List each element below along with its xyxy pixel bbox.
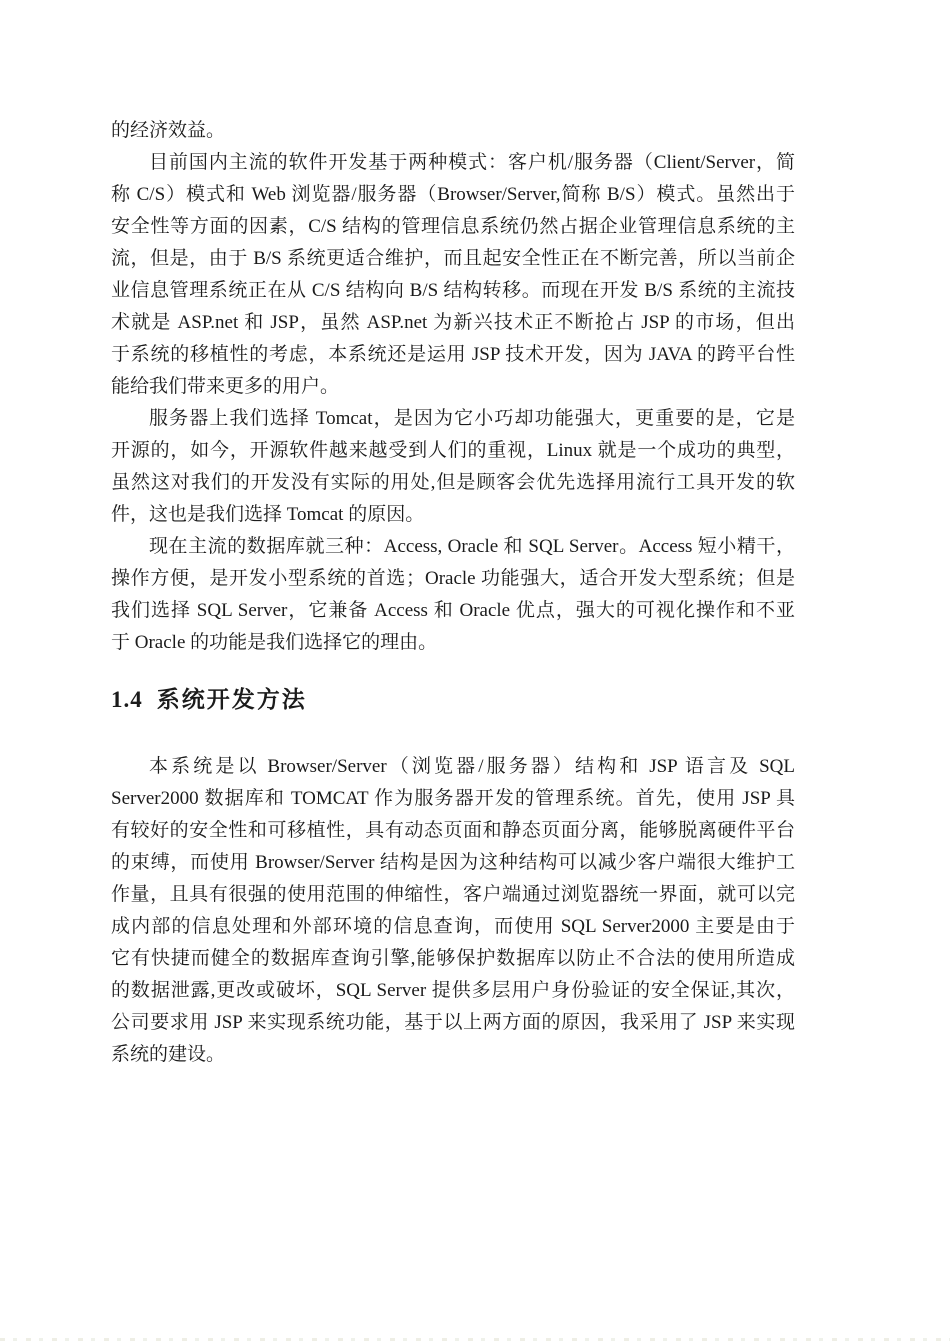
text-line: 术就是 ASP.net 和 JSP，虽然 ASP.net 为新兴技术正不断抢占 … bbox=[111, 307, 795, 339]
text-line: 公司要求用 JSP 来实现系统功能，基于以上两方面的原因，我采用了 JSP 来实… bbox=[111, 1007, 795, 1039]
text-line: 操作方便，是开发小型系统的首选；Oracle 功能强大，适合开发大型系统；但是 bbox=[111, 563, 795, 595]
text-line: Server2000 数据库和 TOMCAT 作为服务器开发的管理系统。首先，使… bbox=[111, 783, 795, 815]
section-title: 系统开发方法 bbox=[157, 686, 307, 712]
paragraph: 服务器上我们选择 Tomcat，是因为它小巧却功能强大，更重要的是，它是开源的，… bbox=[111, 403, 795, 531]
text-line: 业信息管理系统正在从 C/S 结构向 B/S 结构转移。而现在开发 B/S 系统… bbox=[111, 275, 795, 307]
text-line: 于 Oracle 的功能是我们选择它的理由。 bbox=[111, 627, 795, 659]
text-line: 目前国内主流的软件开发基于两种模式：客户机/服务器（Client/Server，… bbox=[111, 147, 795, 179]
section-heading: 1.4系统开发方法 bbox=[111, 683, 795, 715]
text-line: 件，这也是我们选择 Tomcat 的原因。 bbox=[111, 499, 795, 531]
paragraph: 目前国内主流的软件开发基于两种模式：客户机/服务器（Client/Server，… bbox=[111, 147, 795, 403]
text-line: 系统的建设。 bbox=[111, 1039, 795, 1071]
text-line: 的束缚，而使用 Browser/Server 结构是因为这种结构可以减少客户端很… bbox=[111, 847, 795, 879]
text-line: 的经济效益。 bbox=[111, 115, 795, 147]
text-line: 有较好的安全性和可移植性，具有动态页面和静态页面分离，能够脱离硬件平台 bbox=[111, 815, 795, 847]
text-line: 成内部的信息处理和外部环境的信息查询，而使用 SQL Server2000 主要… bbox=[111, 911, 795, 943]
text-line: 称 C/S）模式和 Web 浏览器/服务器（Browser/Server,简称 … bbox=[111, 179, 795, 211]
text-line: 流，但是，由于 B/S 系统更适合维护，而且起安全性正在不断完善，所以当前企 bbox=[111, 243, 795, 275]
text-line: 能给我们带来更多的用户。 bbox=[111, 371, 795, 403]
text-line: 开源的，如今，开源软件越来越受到人们的重视，Linux 就是一个成功的典型， bbox=[111, 435, 795, 467]
text-line: 现在主流的数据库就三种：Access, Oracle 和 SQL Server。… bbox=[111, 531, 795, 563]
text-line: 安全性等方面的因素，C/S 结构的管理信息系统仍然占据企业管理信息系统的主 bbox=[111, 211, 795, 243]
section-number: 1.4 bbox=[111, 687, 143, 712]
page-content: 的经济效益。目前国内主流的软件开发基于两种模式：客户机/服务器（Client/S… bbox=[111, 115, 795, 1071]
text-line: 虽然这对我们的开发没有实际的用处,但是顾客会优先选择用流行工具开发的软 bbox=[111, 467, 795, 499]
text-line: 服务器上我们选择 Tomcat，是因为它小巧却功能强大，更重要的是，它是 bbox=[111, 403, 795, 435]
document-page: 的经济效益。目前国内主流的软件开发基于两种模式：客户机/服务器（Client/S… bbox=[0, 0, 950, 1341]
text-line: 本系统是以 Browser/Server（浏览器/服务器）结构和 JSP 语言及… bbox=[111, 751, 795, 783]
text-line: 我们选择 SQL Server，它兼备 Access 和 Oracle 优点，强… bbox=[111, 595, 795, 627]
text-line: 于系统的移植性的考虑，本系统还是运用 JSP 技术开发，因为 JAVA 的跨平台… bbox=[111, 339, 795, 371]
text-line: 的数据泄露,更改或破坏，SQL Server 提供多层用户身份验证的安全保证,其… bbox=[111, 975, 795, 1007]
paragraph: 的经济效益。 bbox=[111, 115, 795, 147]
text-line: 它有快捷而健全的数据库查询引擎,能够保护数据库以防止不合法的使用所造成 bbox=[111, 943, 795, 975]
paragraph: 本系统是以 Browser/Server（浏览器/服务器）结构和 JSP 语言及… bbox=[111, 751, 795, 1071]
text-line: 作量，且具有很强的使用范围的伸缩性，客户端通过浏览器统一界面，就可以完 bbox=[111, 879, 795, 911]
paragraph: 现在主流的数据库就三种：Access, Oracle 和 SQL Server。… bbox=[111, 531, 795, 659]
